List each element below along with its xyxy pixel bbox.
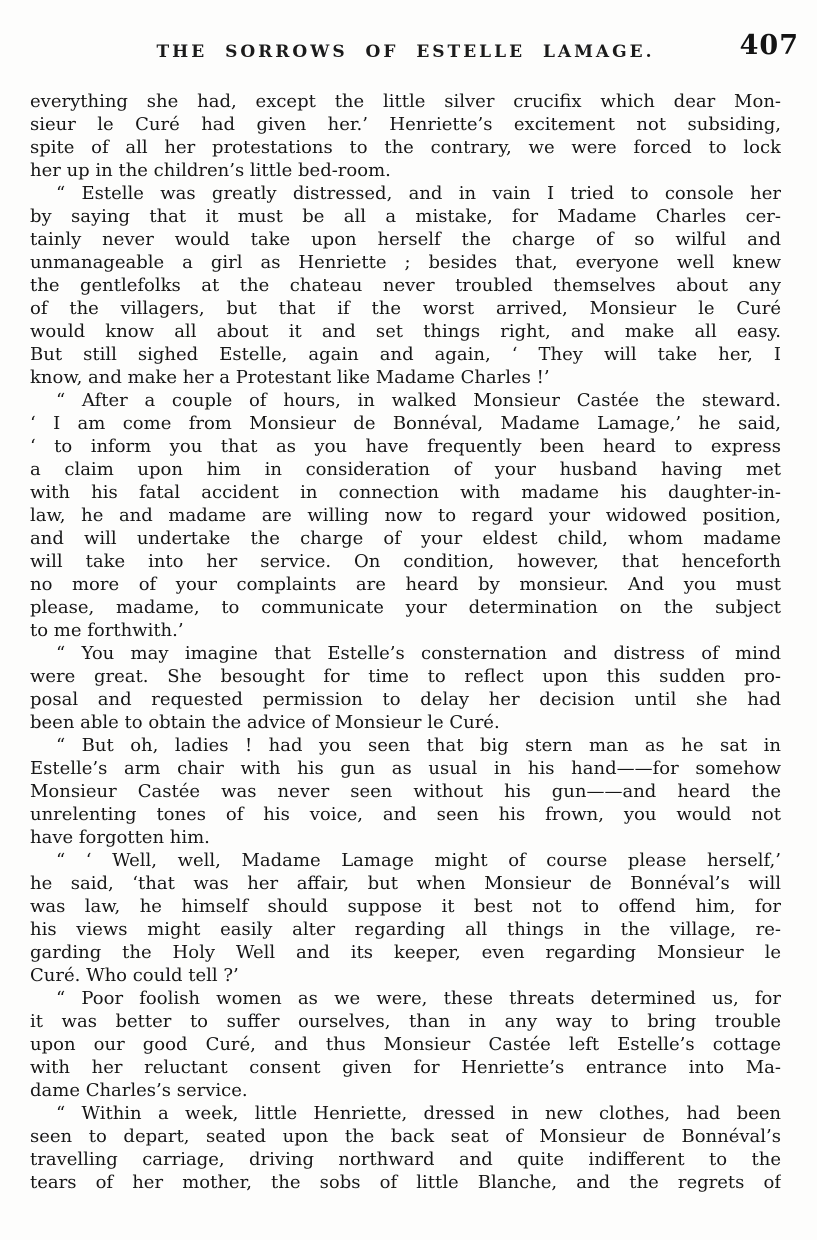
text-line: were great. She besought for time to ref… [30, 665, 781, 688]
text-line: unmanageable a girl as Henriette ; besid… [30, 251, 781, 274]
text-line: upon our good Curé, and thus Monsieur Ca… [30, 1033, 781, 1056]
text-line: “ But oh, ladies ! had you seen that big… [30, 734, 781, 757]
text-line: Monsieur Castée was never seen without h… [30, 780, 781, 803]
text-line: her up in the children’s little bed-room… [30, 159, 781, 182]
text-line: the gentlefolks at the chateau never tro… [30, 274, 781, 297]
text-line: and will undertake the charge of your el… [30, 527, 781, 550]
text-line: “ ‘ Well, well, Madame Lamage might of c… [30, 849, 781, 872]
text-line: to me forthwith.’ [30, 619, 781, 642]
text-line: no more of your complaints are heard by … [30, 573, 781, 596]
text-line: “ Estelle was greatly distressed, and in… [30, 182, 781, 205]
text-line: his views might easily alter regarding a… [30, 918, 781, 941]
text-line: he said, ‘that was her affair, but when … [30, 872, 781, 895]
text-line: of the villagers, but that if the worst … [30, 297, 781, 320]
text-line: know, and make her a Protestant like Mad… [30, 366, 781, 389]
text-line: have forgotten him. [30, 826, 781, 849]
text-line: everything she had, except the little si… [30, 90, 781, 113]
text-line: travelling carriage, driving northward a… [30, 1148, 781, 1171]
text-line: “ Within a week, little Henriette, dress… [30, 1102, 781, 1125]
text-line: Estelle’s arm chair with his gun as usua… [30, 757, 781, 780]
text-line: will take into her service. On condition… [30, 550, 781, 573]
text-line: spite of all her protestations to the co… [30, 136, 781, 159]
text-line: with his fatal accident in connection wi… [30, 481, 781, 504]
paragraph: “ ‘ Well, well, Madame Lamage might of c… [30, 849, 781, 987]
page-header: THE SORROWS OF ESTELLE LAMAGE. 407 [30, 36, 781, 66]
text-line: “ You may imagine that Estelle’s conster… [30, 642, 781, 665]
text-line: by saying that it must be all a mistake,… [30, 205, 781, 228]
text-line: law, he and madame are willing now to re… [30, 504, 781, 527]
text-line: ‘ I am come from Monsieur de Bonnéval, M… [30, 412, 781, 435]
text-line: sieur le Curé had given her.’ Henriette’… [30, 113, 781, 136]
text-line: a claim upon him in consideration of you… [30, 458, 781, 481]
text-line: unrelenting tones of his voice, and seen… [30, 803, 781, 826]
text-line: Curé. Who could tell ?’ [30, 964, 781, 987]
text-line: posal and requested permission to delay … [30, 688, 781, 711]
paragraph: “ But oh, ladies ! had you seen that big… [30, 734, 781, 849]
body-text: everything she had, except the little si… [0, 66, 817, 1194]
text-line: it was better to suffer ourselves, than … [30, 1010, 781, 1033]
text-line: with her reluctant consent given for Hen… [30, 1056, 781, 1079]
running-title: THE SORROWS OF ESTELLE LAMAGE. [30, 42, 781, 62]
text-line: “ After a couple of hours, in walked Mon… [30, 389, 781, 412]
text-line: tainly never would take upon herself the… [30, 228, 781, 251]
text-line: “ Poor foolish women as we were, these t… [30, 987, 781, 1010]
text-line: been able to obtain the advice of Monsie… [30, 711, 781, 734]
text-line: ‘ to inform you that as you have frequen… [30, 435, 781, 458]
paragraph: “ You may imagine that Estelle’s conster… [30, 642, 781, 734]
paragraph: “ Within a week, little Henriette, dress… [30, 1102, 781, 1194]
text-line: tears of her mother, the sobs of little … [30, 1171, 781, 1194]
paragraph: everything she had, except the little si… [30, 90, 781, 182]
text-line: please, madame, to communicate your dete… [30, 596, 781, 619]
book-page: THE SORROWS OF ESTELLE LAMAGE. 407 every… [0, 0, 817, 1240]
text-line: dame Charles’s service. [30, 1079, 781, 1102]
paragraph: “ After a couple of hours, in walked Mon… [30, 389, 781, 642]
page-number: 407 [740, 30, 799, 61]
text-line: But still sighed Estelle, again and agai… [30, 343, 781, 366]
text-line: seen to depart, seated upon the back sea… [30, 1125, 781, 1148]
text-line: garding the Holy Well and its keeper, ev… [30, 941, 781, 964]
text-line: was law, he himself should suppose it be… [30, 895, 781, 918]
text-line: would know all about it and set things r… [30, 320, 781, 343]
paragraph: “ Poor foolish women as we were, these t… [30, 987, 781, 1102]
paragraph: “ Estelle was greatly distressed, and in… [30, 182, 781, 389]
